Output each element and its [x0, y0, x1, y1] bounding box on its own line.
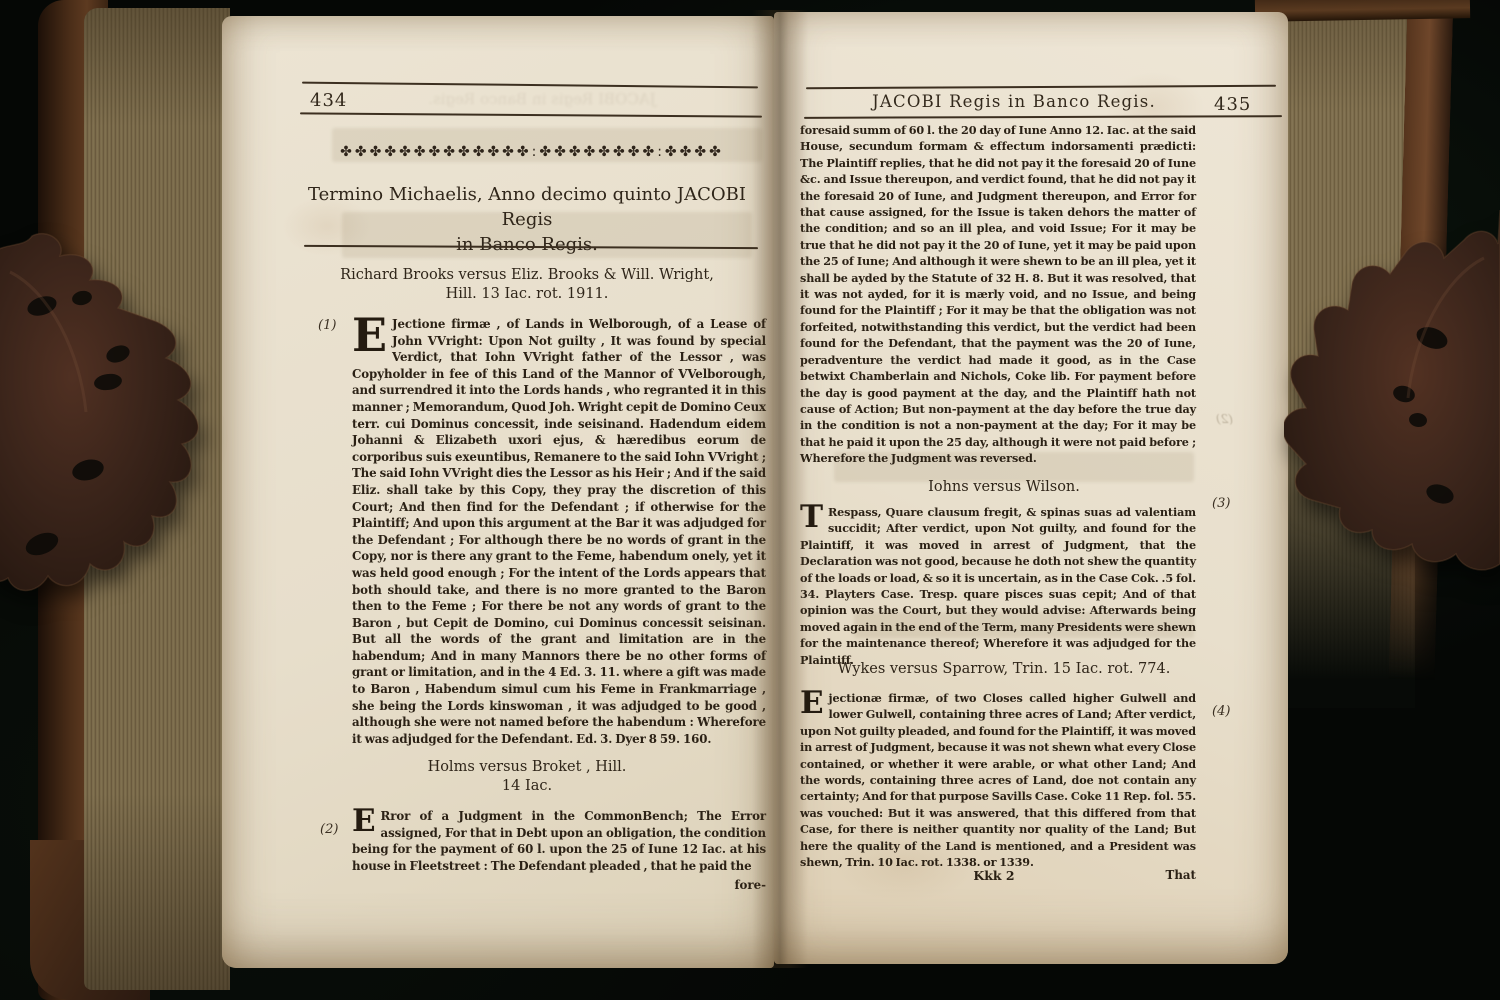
case3-body: Respass, Quare clausum fregit, & spinas …	[800, 505, 1196, 667]
right-iron-clasp	[1284, 198, 1500, 590]
case2-heading-line2: 14 Iac.	[302, 777, 752, 796]
left-iron-clasp	[0, 232, 242, 624]
case1-heading: Richard Brooks versus Eliz. Brooks & Wil…	[302, 266, 752, 304]
term-title-line1: Termino Michaelis, Anno decimo quinto JA…	[292, 182, 762, 232]
case2-heading-line1: Holms versus Broket , Hill.	[302, 758, 752, 777]
case1-margin-number: (1)	[318, 318, 336, 333]
running-title: JACOBI Regis in Banco Regis.	[814, 92, 1214, 111]
photo-background: JACOBI Regis in Banco Regis. 434 ✤✤✤✤✤✤✤…	[0, 0, 1500, 1000]
left-page-number: 434	[310, 90, 347, 111]
case4-body: jectionæ firmæ, of two Closes called hig…	[800, 691, 1196, 869]
case1-heading-line1: Richard Brooks versus Eliz. Brooks & Wil…	[302, 266, 752, 285]
case1-heading-line2: Hill. 13 Iac. rot. 1911.	[302, 285, 752, 304]
case1-paragraph: EJectione firmæ , of Lands in Welborough…	[352, 316, 766, 747]
case4-heading: Wykes versus Sparrow, Trin. 15 Iac. rot.…	[804, 660, 1204, 679]
case3-heading: Iohns versus Wilson.	[804, 478, 1204, 497]
case1-body: Jectione firmæ , of Lands in Welborough,…	[352, 317, 766, 746]
case2-margin-number: (2)	[320, 822, 338, 837]
header-rule-bottom	[300, 112, 762, 117]
header-rule-top	[302, 82, 758, 89]
book-gutter-shadow	[752, 10, 808, 968]
printers-ornament-row: ✤✤✤✤✤✤✤✤✤✤✤✤✤:✤✤✤✤✤✤✤✤:✤✤✤✤	[312, 144, 752, 160]
case3-paragraph: TRespass, Quare clausum fregit, & spinas…	[800, 504, 1196, 668]
case2-paragraph: ERror of a Judgment in the CommonBench; …	[352, 808, 766, 874]
header-rule-bottom	[804, 115, 1282, 119]
left-page: JACOBI Regis in Banco Regis. 434 ✤✤✤✤✤✤✤…	[222, 16, 774, 968]
case2-initial: E	[352, 808, 381, 834]
case4-margin-number: (4)	[1212, 704, 1230, 719]
case1-initial: E	[352, 316, 392, 355]
case3-margin-number: (3)	[1212, 496, 1230, 511]
case2-heading: Holms versus Broket , Hill. 14 Iac.	[302, 758, 752, 796]
bleed-through-margin-number: (2)	[1216, 412, 1233, 426]
bleed-through-text: JACOBI Regis in Banco Regis.	[342, 90, 742, 108]
right-catchword: That	[800, 868, 1196, 882]
case2-body: Rror of a Judgment in the CommonBench; T…	[352, 809, 766, 873]
case4-paragraph: Ejectionæ firmæ, of two Closes called hi…	[800, 690, 1196, 870]
header-rule-top	[806, 85, 1276, 89]
right-page-number: 435	[1214, 94, 1251, 115]
left-catchword: fore-	[352, 878, 766, 892]
continuation-paragraph: foresaid summ of 60 l. the 20 day of Iun…	[800, 122, 1196, 467]
right-page: (2) JACOBI Regis in Banco Regis. 435 for…	[774, 12, 1288, 964]
